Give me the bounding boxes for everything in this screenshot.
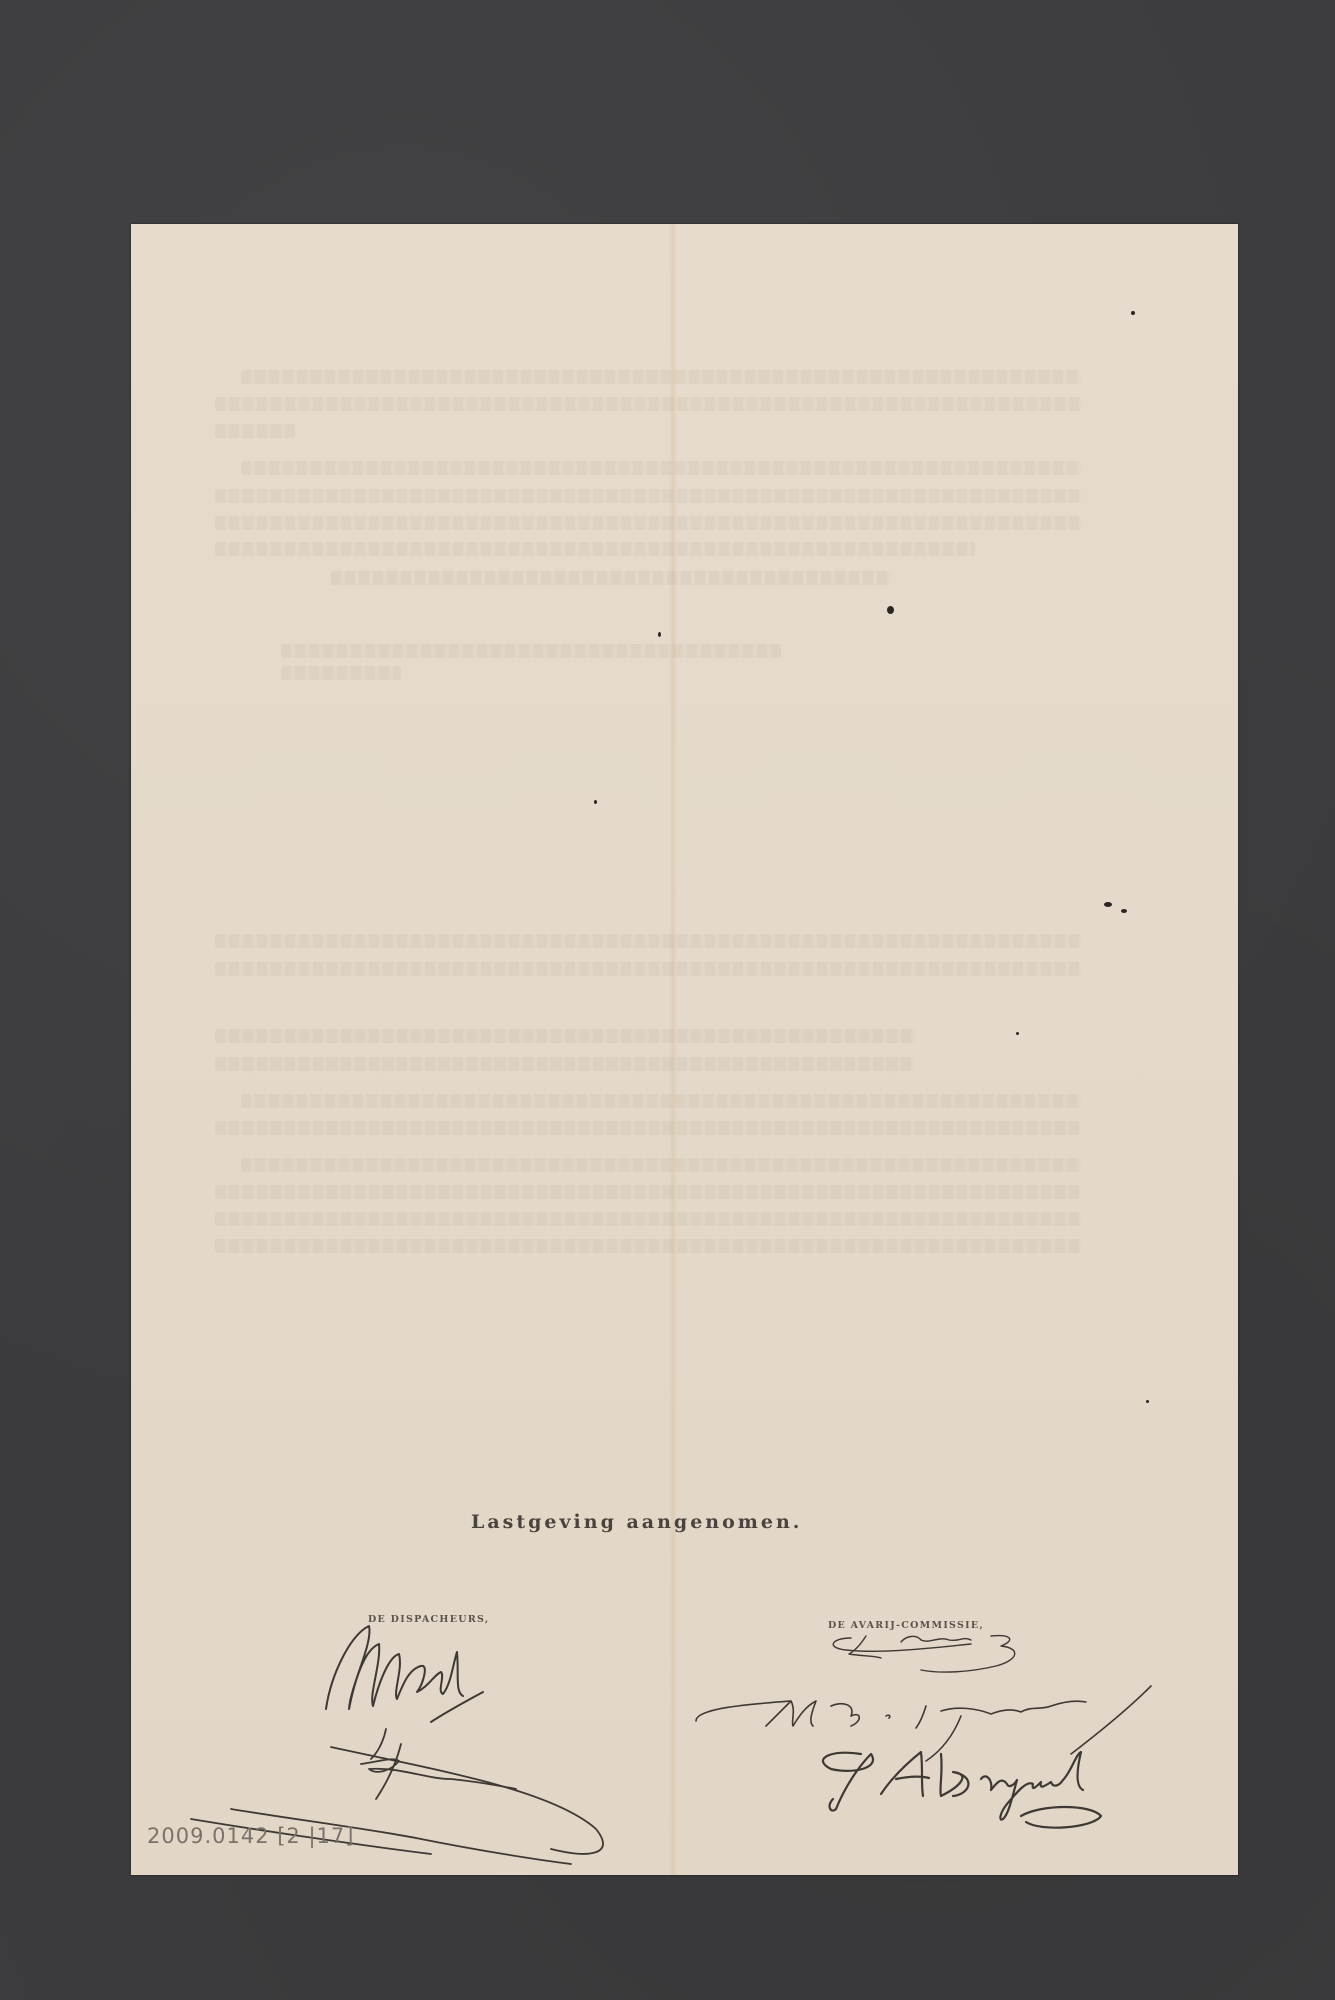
signature-dispacheurs-2	[171, 1709, 651, 1909]
signature-avarij-3	[771, 1724, 1131, 1839]
signature-dispacheurs-1	[311, 1614, 491, 1724]
document-sheet: Lastgeving aangenomen. DE DISPACHEURS, D…	[131, 224, 1238, 1875]
document-heading: Lastgeving aangenomen.	[471, 1511, 802, 1533]
accession-number: 2009.0142 [2 |17]	[147, 1824, 354, 1848]
